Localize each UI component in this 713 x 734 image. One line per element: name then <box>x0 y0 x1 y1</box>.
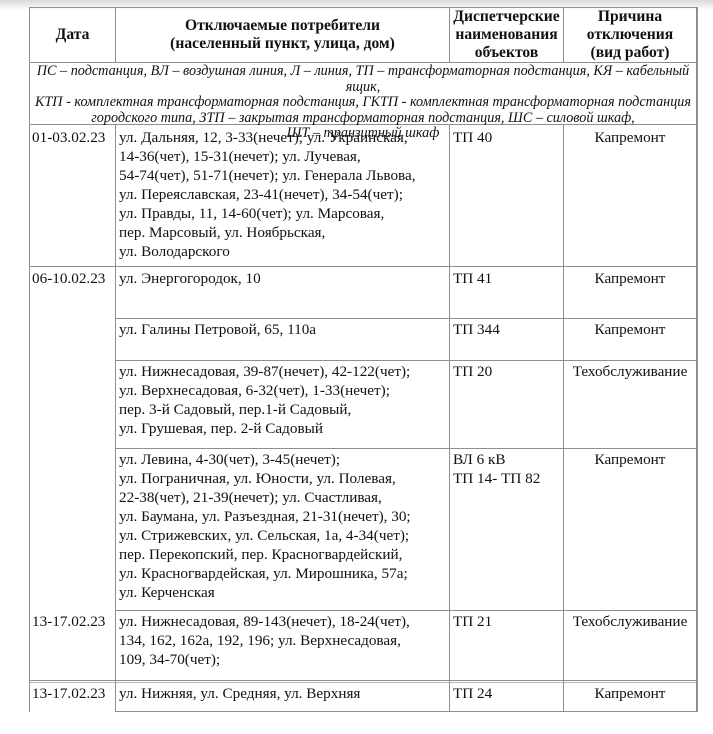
row-reason: Техобслуживание <box>564 612 696 631</box>
row-reason: Капремонт <box>564 320 696 339</box>
row-consumers: ул. Левина, 4-30(чет), 3-45(нечет); ул. … <box>116 450 449 602</box>
row-date: 13-17.02.23 <box>30 612 115 631</box>
row-consumers: ул. Нижняя, ул. Средняя, ул. Верхняя <box>116 684 449 703</box>
row-divider <box>29 266 697 267</box>
row-consumers: ул. Галины Петровой, 65, 110а <box>116 320 449 339</box>
row-consumers: ул. Энергогородок, 10 <box>116 269 449 288</box>
row-reason: Техобслуживание <box>564 362 696 381</box>
abbreviations-legend: ПС – подстанция, ВЛ – воздушная линия, Л… <box>29 64 697 124</box>
row-consumers: ул. Дальняя, 12, 3-33(нечет); ул. Украин… <box>116 128 449 261</box>
row-divider <box>115 448 697 449</box>
header-reason: Причина отключения (вид работ) <box>564 8 696 62</box>
table-border-bottom <box>115 711 697 712</box>
outage-schedule-table: Дата Отключаемые потребители (населенный… <box>29 7 697 712</box>
row-objects: ТП 21 <box>450 612 563 631</box>
row-objects: ТП 40 <box>450 128 563 147</box>
row-objects: ТП 344 <box>450 320 563 339</box>
header-consumers: Отключаемые потребители (населенный пунк… <box>116 8 449 62</box>
row-reason: Капремонт <box>564 128 696 147</box>
row-consumers: ул. Нижнесадовая, 89-143(нечет), 18-24(ч… <box>116 612 449 669</box>
row-divider <box>115 610 697 611</box>
row-consumers: ул. Нижнесадовая, 39-87(нечет), 42-122(ч… <box>116 362 449 438</box>
row-divider <box>115 360 697 361</box>
row-reason: Капремонт <box>564 684 696 703</box>
row-objects: ТП 24 <box>450 684 563 703</box>
row-reason: Капремонт <box>564 450 696 469</box>
row-divider <box>115 318 697 319</box>
row-objects: ТП 41 <box>450 269 563 288</box>
row-divider <box>29 680 697 681</box>
row-date: 13-17.02.23 <box>30 684 115 703</box>
header-objects: Диспетчерские наименования объектов <box>450 8 563 62</box>
header-date: Дата <box>30 8 115 62</box>
row-date: 06-10.02.23 <box>30 269 115 288</box>
row-divider <box>29 682 697 683</box>
row-objects: ВЛ 6 кВ ТП 14- ТП 82 <box>450 450 563 488</box>
row-objects: ТП 20 <box>450 362 563 381</box>
row-date: 01-03.02.23 <box>30 128 115 147</box>
row-reason: Капремонт <box>564 269 696 288</box>
